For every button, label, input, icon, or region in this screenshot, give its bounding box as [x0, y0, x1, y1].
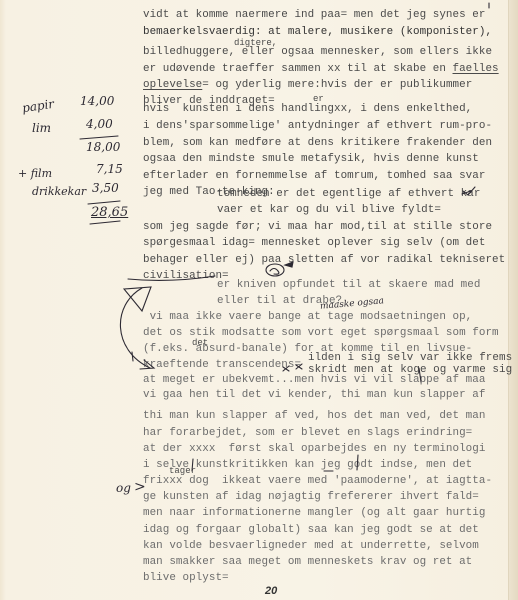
quote-line: tomheden er det egentlige af ethvert kar: [217, 189, 480, 200]
typed-line: blive oplyst=: [143, 573, 229, 584]
handwritten-label: drikkekar: [32, 186, 86, 197]
typed-line: man smakker saa meget om menneskets krav…: [143, 557, 472, 568]
handwritten-total: 28,65: [91, 206, 128, 219]
typed-line: vi gaa hen til det vi kender, thi man ku…: [143, 390, 485, 401]
typed-line: idag og forgaar globalt) saa kan jeg god…: [143, 525, 479, 536]
typed-line: behager eller ej) paa sletten af vor rad…: [143, 255, 505, 266]
handwritten-amount: 4,00: [86, 118, 113, 130]
typed-text: er udøvende traeffer sammen xx til at sk…: [143, 63, 453, 75]
typed-line: spørgesmaal idag= mennesket oplever sig …: [143, 238, 485, 249]
typed-line: som jeg sagde før; vi maa har mod,til at…: [143, 222, 492, 233]
typed-line: blem, som kan medføre at dens kritikere …: [143, 138, 492, 149]
typed-line: ge kunsten af idag nøjagtig frefererer i…: [143, 492, 479, 503]
underlined-word: faelles: [453, 63, 499, 75]
typed-line: vi maa ikke vaere bange at tage modsaetn…: [143, 312, 472, 323]
typed-line: kan volde besvaerligneder med at underre…: [143, 541, 479, 552]
typed-line: at der xxxx først skal oparbejdes en ny …: [143, 444, 485, 455]
handwritten-subtotal: 18,00: [86, 141, 120, 153]
typed-line: frixxx dog ikkeat vaere med 'paamoderne'…: [143, 476, 492, 487]
typed-text: = og yderlig mere:hvis der er publikumme…: [202, 79, 472, 91]
insertion-line: ilden i sig selv var ikke frems: [308, 353, 512, 364]
page-edge-shadow: [508, 0, 518, 600]
typed-line: har forarbejdet, som er blevet en slags …: [143, 428, 472, 439]
typed-line: oplevelse= og yderlig mere:hvis der er p…: [143, 80, 472, 91]
underlined-word: oplevelse: [143, 79, 202, 91]
typed-line: men naar informationerne mangler (og alt…: [143, 508, 485, 519]
typed-line: bemaerkelsvaerdig: at malere, musikere (…: [143, 27, 492, 38]
typed-line: efterlader en fornemmelse af tomrum, tom…: [143, 171, 485, 182]
handwritten-label: + film: [18, 168, 52, 179]
typed-line: thi man kun slapper af ved, hos det man …: [143, 411, 485, 422]
quote-line: vaer et kar og du vil blive fyldt=: [217, 205, 441, 216]
typed-line: er udøvende traeffer sammen xx til at sk…: [143, 64, 499, 75]
handwritten-label: lim: [32, 122, 51, 134]
typed-line: ogsaa den mindste smule metafysik, hvis …: [143, 154, 479, 165]
typed-line: vidt at komme naermere ind paa= men det …: [143, 10, 485, 21]
handwritten-amount: 3,50: [92, 182, 119, 194]
typed-line: at meget er ubekvemt...men hvis vi vil s…: [143, 375, 485, 386]
typed-line: hvis kunsten i dens handlingxx, i dens e…: [143, 104, 472, 115]
quote-line: er kniven opfundet til at skaere mad med: [217, 280, 480, 291]
handwritten-amount: 7,15: [96, 163, 123, 175]
handwritten-amount: 14,00: [80, 95, 114, 107]
handwritten-og: og: [116, 482, 131, 494]
handwritten-arrow-mark: >: [134, 480, 146, 494]
page-number: 20: [265, 585, 277, 597]
typed-line: civilisation=: [143, 271, 229, 282]
typed-line: kraeftende transcendens=: [143, 360, 301, 371]
typed-line: billedhuggere, eller ogsaa mennesker, so…: [143, 47, 492, 58]
typed-line: i dens'sparsommelige' antydninger af eth…: [143, 121, 492, 132]
